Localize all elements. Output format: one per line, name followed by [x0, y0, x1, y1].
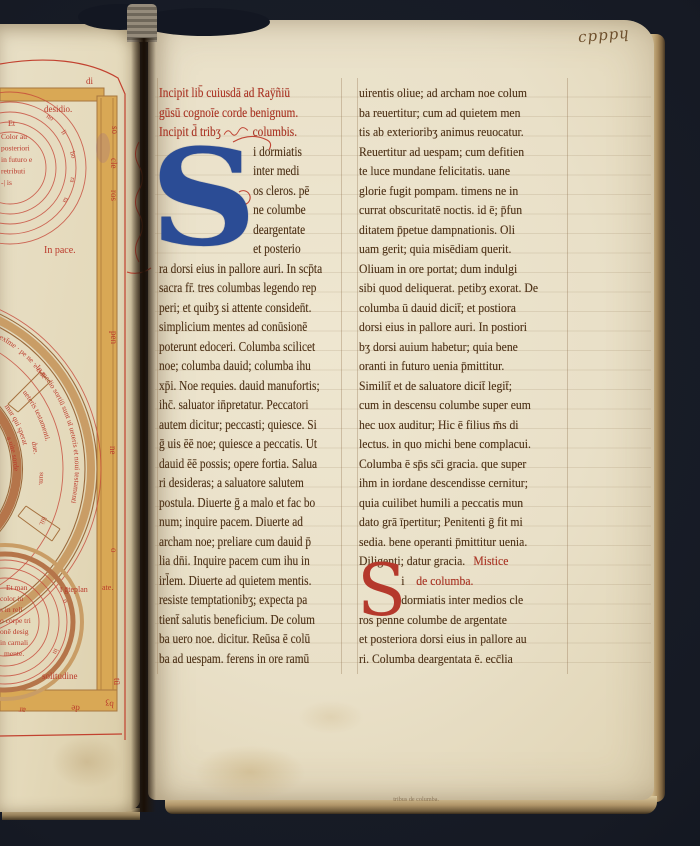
border-letter: tū	[112, 678, 122, 686]
text-line: lia dn̄i. Inquire pacem cum ihu in	[159, 551, 315, 571]
text-line: dauid ēē possis; opere fortia. Salua	[159, 454, 315, 474]
text-line: currat obscuritatē noctis. id ē; p̄fun	[359, 200, 546, 220]
diagram-label-in-pace: In pace.	[44, 245, 76, 256]
text-line: postula. Diuerte ḡ a malo et fac bo	[159, 493, 315, 513]
circle-text: color iu	[0, 594, 23, 603]
circle-text: Et man	[6, 583, 28, 592]
text-line: Oliuam in ore portat; dum indulgi	[359, 259, 546, 279]
ring-letter: Et	[8, 119, 16, 128]
border-letter: di	[86, 76, 94, 86]
text-line: num; inquire pacem. Diuerte ad	[159, 512, 315, 532]
facing-diagram: Et no li bo ra ta Color au posteriori in…	[0, 24, 140, 812]
text-line: autem dicitur; peccasti; quiesce. Si	[159, 415, 315, 435]
text-line: quia cuilibet humili a peccatis mun	[359, 493, 546, 513]
text-line: ri. Columba deargentata ē. ecc̄lia	[359, 649, 546, 669]
text-line: noe; columba dauid; columba ihu	[159, 356, 315, 376]
text-line: resiste temptationibʒ; expecta pa	[159, 590, 315, 610]
text-line: glorie fugit pompam. timens ne in	[359, 181, 546, 201]
shelfmark-inscription: cpppɥ	[577, 24, 630, 46]
page-curve-shadow	[138, 8, 270, 36]
text-line: ḡ uis ēē noe; quiesce a peccatis. Ut	[159, 434, 315, 454]
text-line: cum in descensu columbe super eum	[359, 395, 546, 415]
text-line: Similit̄ et de saluatore dicit̄ legit̄;	[359, 376, 546, 396]
border-letter: de	[71, 703, 80, 714]
rubric-block: Incipit lib̄ cuiusdā ad Raÿñiūgūsū cogno…	[159, 83, 345, 122]
border-letter: bʒ	[105, 699, 114, 710]
circle-text: posteriori	[1, 144, 30, 153]
illuminated-initial-S: S	[145, 140, 243, 268]
ruling-vertical	[567, 78, 568, 674]
text-line: ba ad uespam. ferens in ore ramū	[159, 649, 315, 669]
circle-text: retributi	[1, 167, 25, 176]
text-line: te luce mundane felicitatis. uane	[359, 161, 546, 181]
diagram-label-desidio: desidio.	[44, 104, 72, 114]
border-letter: pen	[109, 331, 119, 344]
text-line: simplicium mentes ad conūsionē	[159, 317, 315, 337]
border-letter: o	[109, 548, 119, 553]
circle-text: in carnali	[0, 638, 28, 647]
text-line: xp̄i. Noe requies. dauid manufortis;	[159, 376, 315, 396]
circle-text: s in reli	[0, 605, 23, 614]
top-circle: Et no li bo ra ta Color au posteriori in…	[0, 92, 86, 244]
diagram-label-solitudine: solitudine	[42, 671, 78, 681]
faint-annotation: tribus de columba.	[393, 796, 439, 803]
border-letter: ros	[109, 190, 119, 201]
border-letter: ar	[18, 705, 26, 716]
border-letter: cle	[109, 158, 119, 169]
text-line: ri desideras; a saluatore salutem	[159, 473, 315, 493]
text-line: peri; et quibʒ si attente considen̄t.	[159, 298, 315, 318]
circle-text: onē desig	[0, 627, 29, 636]
body-block: uirentis oliue; ad archam noe columba re…	[359, 83, 567, 551]
text-line: sibi quod deliquerat. petibʒ exorat. De	[359, 278, 546, 298]
left-text-column: Incipit lib̄ cuiusdā ad Raÿñiūgūsū cogno…	[159, 83, 345, 668]
initial-letter: S	[357, 554, 406, 626]
right-text-column: uirentis oliue; ad archam noe columba re…	[359, 83, 567, 668]
spoke-text: iiii.	[37, 515, 48, 527]
rubricated-initial-S: S	[355, 562, 401, 626]
ring-letter: ra	[68, 177, 77, 184]
diagram-label-contemplatione-2: ate.	[102, 583, 113, 592]
spoke-text: sum.	[37, 472, 46, 486]
border-letter: so	[110, 126, 120, 135]
text-line: lectus. in quo michi bene complacui.	[359, 434, 546, 454]
text-line: Reuertitur ad uespam; cum defitien	[359, 142, 546, 162]
text-line: Columba ē sp̄s sc̄i gracia. que super	[359, 454, 546, 474]
text-line: oranti in futuro uenia p̄mittitur.	[359, 356, 546, 376]
text-line: tient̄ salutis beneficium. De colum	[159, 610, 315, 630]
ring-letter: bo	[68, 150, 78, 159]
spine-headband	[127, 4, 157, 42]
circle-text: -| is	[1, 178, 12, 187]
manuscript-photo: Et no li bo ra ta Color au posteriori in…	[0, 0, 700, 846]
text-line: hec uox auditur; Hic ē filius m̄s di	[359, 415, 546, 435]
text-line: uam gerit; quia misēdiam querit.	[359, 239, 546, 259]
rubric-part: Mistice	[473, 553, 508, 568]
text-line: archam noe; preliare cum dauid p̄	[159, 532, 315, 552]
rubric-line: Incipit lib̄ cuiusdā ad Raÿñiū	[159, 83, 315, 103]
text-line: bʒ dorsi auium habetur; quia bene	[359, 337, 546, 357]
circle-text: mente.	[4, 649, 24, 658]
main-page: cpppɥ Incipit lib̄ cuiusdā ad Raÿñiūgūsū…	[148, 20, 654, 800]
text-line: irl̄em. Diuerte ad quietem mentis.	[159, 571, 315, 591]
parchment-stain	[195, 745, 305, 799]
circle-text: o corpe tri	[0, 616, 31, 625]
text-line: ditatem p̄petue dampnationis. Oli	[359, 220, 546, 240]
text-line: ba uero noe. dicitur. Reūsa ē colū	[159, 629, 315, 649]
text-line: dato grā īpertitur; Penitenti ḡ fit mi	[359, 512, 546, 532]
circle-text: Color au	[1, 132, 27, 141]
binding-gutter	[131, 38, 156, 812]
text-line: poterunt edoceri. Columba scilicet	[159, 337, 315, 357]
rubric-part: de columba.	[416, 573, 473, 588]
text-line: columba ū dauid dicit̄; et postiora	[359, 298, 546, 318]
body-block: ra dorsi eius in pallore auri. In scp̄ta…	[159, 259, 345, 669]
text-line: ihc̄. saluator in̄pretatur. Peccatori	[159, 395, 315, 415]
circle-text: in futuro e	[1, 155, 33, 164]
text-line: ihm in iordane descendisse cernitur;	[359, 473, 546, 493]
ring-text: due.	[30, 440, 41, 455]
parchment-stain	[298, 700, 364, 734]
text-line: tis ab exterioribʒ animus reuocatur.	[359, 122, 546, 142]
text-line: uirentis oliue; ad archam noe colum	[359, 83, 546, 103]
diagram-label-contemplatione: ī ḡteplan	[59, 585, 88, 594]
pigment-smudge	[96, 133, 110, 163]
border-letter: ne	[108, 446, 118, 455]
text-line: ba reuertitur; cum ad quietem men	[359, 103, 546, 123]
text-line: dorsi eius in pallore auri. In postiori	[359, 317, 546, 337]
facing-page: Et no li bo ra ta Color au posteriori in…	[0, 24, 140, 812]
initial-letter: S	[150, 130, 257, 265]
